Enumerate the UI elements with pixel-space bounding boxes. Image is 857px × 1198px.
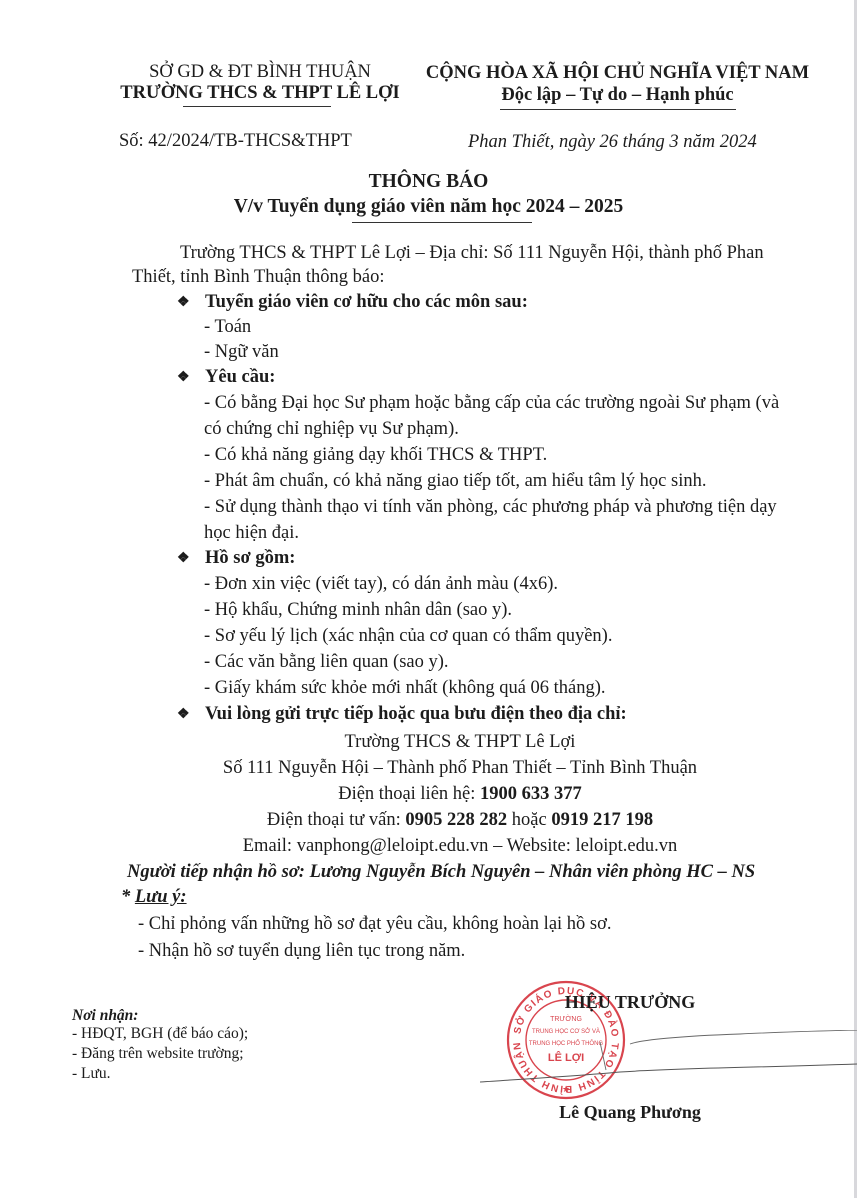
subject-item: - Toán	[204, 316, 251, 340]
notice-subject: V/v Tuyển dụng giáo viên năm học 2024 – …	[0, 196, 857, 218]
recipient-item: - Đăng trên website trường;	[72, 1044, 244, 1063]
diamond-bullet-icon: ❖	[177, 547, 205, 571]
consult-phone: Điện thoại tư vấn: 0905 228 282 hoặc 091…	[120, 809, 800, 833]
requirement-item: - Sử dụng thành thạo vi tính văn phòng, …	[204, 496, 777, 520]
requirement-item: có chứng chỉ nghiệp vụ Sư phạm).	[204, 418, 459, 442]
signer-name: Lê Quang Phương	[530, 1101, 730, 1123]
requirement-item: - Phát âm chuẩn, có khả năng giao tiếp t…	[204, 470, 706, 494]
note-item: - Nhận hồ sơ tuyển dụng liên tục trong n…	[138, 940, 465, 964]
note-heading: * Lưu ý:	[121, 886, 187, 910]
section-requirements-heading: ❖Yêu cầu:	[177, 366, 275, 390]
agency-name: SỞ GD & ĐT BÌNH THUẬN	[100, 61, 420, 83]
website-link[interactable]: leloipt.edu.vn	[576, 836, 678, 856]
document-item: - Các văn bằng liên quan (sao y).	[204, 651, 449, 675]
document-item: - Hộ khẩu, Chứng minh nhân dân (sao y).	[204, 599, 512, 623]
recipient-item: - HĐQT, BGH (để báo cáo);	[72, 1024, 248, 1043]
section-subjects-heading: ❖Tuyển giáo viên cơ hữu cho các môn sau:	[177, 291, 528, 315]
document-item: - Giấy khám sức khỏe mới nhất (không quá…	[204, 677, 606, 701]
header-left-rule	[183, 106, 331, 107]
diamond-bullet-icon: ❖	[177, 703, 205, 727]
section-submit-heading: ❖Vui lòng gửi trực tiếp hoặc qua bưu điệ…	[177, 703, 627, 727]
receiver-person: Người tiếp nhận hồ sơ: Lương Nguyễn Bích…	[127, 861, 755, 885]
notice-title: THÔNG BÁO	[0, 171, 857, 193]
requirement-item: - Có khả năng giảng dạy khối THCS & THPT…	[204, 444, 547, 468]
subject-item: - Ngữ văn	[204, 341, 279, 365]
document-number: Số: 42/2024/TB-THCS&THPT	[119, 130, 352, 152]
phone-number[interactable]: 1900 633 377	[480, 784, 582, 804]
contact-phone: Điện thoại liên hệ: 1900 633 377	[120, 783, 800, 807]
consult-phone-2[interactable]: 0919 217 198	[551, 810, 653, 830]
requirement-item: học hiện đại.	[204, 522, 299, 546]
signature-mark-icon	[480, 1030, 857, 1110]
consult-phone-1[interactable]: 0905 228 282	[405, 810, 507, 830]
recipient-item: - Lưu.	[72, 1064, 111, 1083]
recipients-heading: Nơi nhận:	[72, 1006, 138, 1025]
svg-text:TRƯỜNG: TRƯỜNG	[550, 1014, 582, 1023]
document-item: - Sơ yếu lý lịch (xác nhận của cơ quan c…	[204, 625, 612, 649]
requirement-item: - Có bằng Đại học Sư phạm hoặc bằng cấp …	[204, 392, 779, 416]
diamond-bullet-icon: ❖	[177, 291, 205, 315]
diamond-bullet-icon: ❖	[177, 366, 205, 390]
national-motto: Độc lập – Tự do – Hạnh phúc	[415, 84, 820, 106]
intro-line-2: Thiết, tỉnh Bình Thuận thông báo:	[132, 266, 384, 290]
header-right-rule	[500, 109, 736, 110]
submit-address: Số 111 Nguyễn Hội – Thành phố Phan Thiết…	[120, 757, 800, 781]
email-link[interactable]: vanphong@leloipt.edu.vn	[297, 836, 489, 856]
document-item: - Đơn xin việc (viết tay), có dán ảnh mà…	[204, 573, 558, 597]
school-name: TRƯỜNG THCS & THPT LÊ LỢI	[100, 82, 420, 104]
national-title: CỘNG HÒA XÃ HỘI CHỦ NGHĨA VIỆT NAM	[415, 62, 820, 84]
submit-school: Trường THCS & THPT Lê Lợi	[120, 731, 800, 755]
section-documents-heading: ❖Hồ sơ gồm:	[177, 547, 295, 571]
contact-email-website: Email: vanphong@leloipt.edu.vn – Website…	[120, 835, 800, 859]
signer-title: HIỆU TRƯỞNG	[540, 991, 720, 1013]
place-date: Phan Thiết, ngày 26 tháng 3 năm 2024	[468, 131, 757, 153]
title-rule	[352, 222, 532, 223]
note-item: - Chỉ phỏng vấn những hồ sơ đạt yêu cầu,…	[138, 913, 612, 937]
intro-line-1: Trường THCS & THPT Lê Lợi – Địa chỉ: Số …	[180, 242, 764, 266]
